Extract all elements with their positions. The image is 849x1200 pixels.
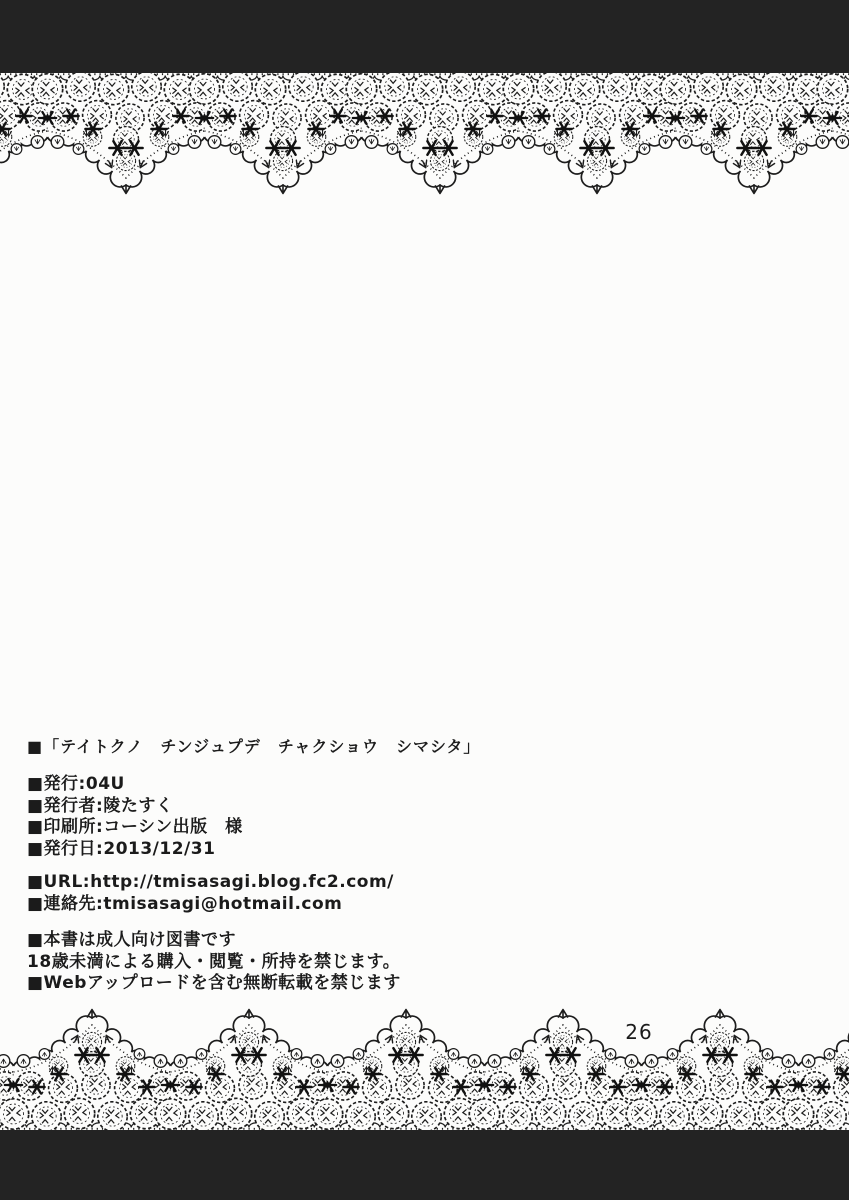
scanned-doujinshi-page: ■「テイトクノ チンジュプデ チャクショウ シマシタ」 ■発行:04U ■発行者… — [0, 0, 849, 1200]
url-line: ■URL:http://tmisasagi.blog.fc2.com/ — [27, 872, 394, 894]
issue-date-line: ■発行日:2013/12/31 — [27, 839, 243, 861]
publisher-line: ■発行:04U — [27, 774, 243, 796]
author-line: ■発行者:陵たすく — [27, 796, 243, 818]
book-title: ■「テイトクノ チンジュプデ チャクショウ シマシタ」 — [27, 734, 480, 757]
lace-pattern-svg-top — [0, 73, 849, 197]
contact-info-group: ■URL:http://tmisasagi.blog.fc2.com/ ■連絡先… — [27, 872, 394, 915]
adult-notice-line-3: ■Webアップロードを含む無断転載を禁じます — [27, 973, 401, 995]
printer-line: ■印刷所:コーシン出版 様 — [27, 817, 243, 839]
top-lace-border — [0, 73, 849, 197]
contact-line: ■連絡先:tmisasagi@hotmail.com — [27, 894, 394, 916]
lace-pattern-svg-bottom — [0, 1006, 849, 1130]
adult-notice-line-1: ■本書は成人向け図書です — [27, 930, 401, 952]
bottom-lace-border — [0, 1006, 849, 1130]
adult-notice-line-2: 18歳未満による購入・閲覧・所持を禁じます。 — [27, 952, 401, 974]
top-black-bar — [0, 0, 849, 73]
adult-notice-group: ■本書は成人向け図書です 18歳未満による購入・閲覧・所持を禁じます。 ■Web… — [27, 930, 401, 995]
publication-info-group: ■発行:04U ■発行者:陵たすく ■印刷所:コーシン出版 様 ■発行日:201… — [27, 774, 243, 860]
bottom-black-bar — [0, 1130, 849, 1200]
